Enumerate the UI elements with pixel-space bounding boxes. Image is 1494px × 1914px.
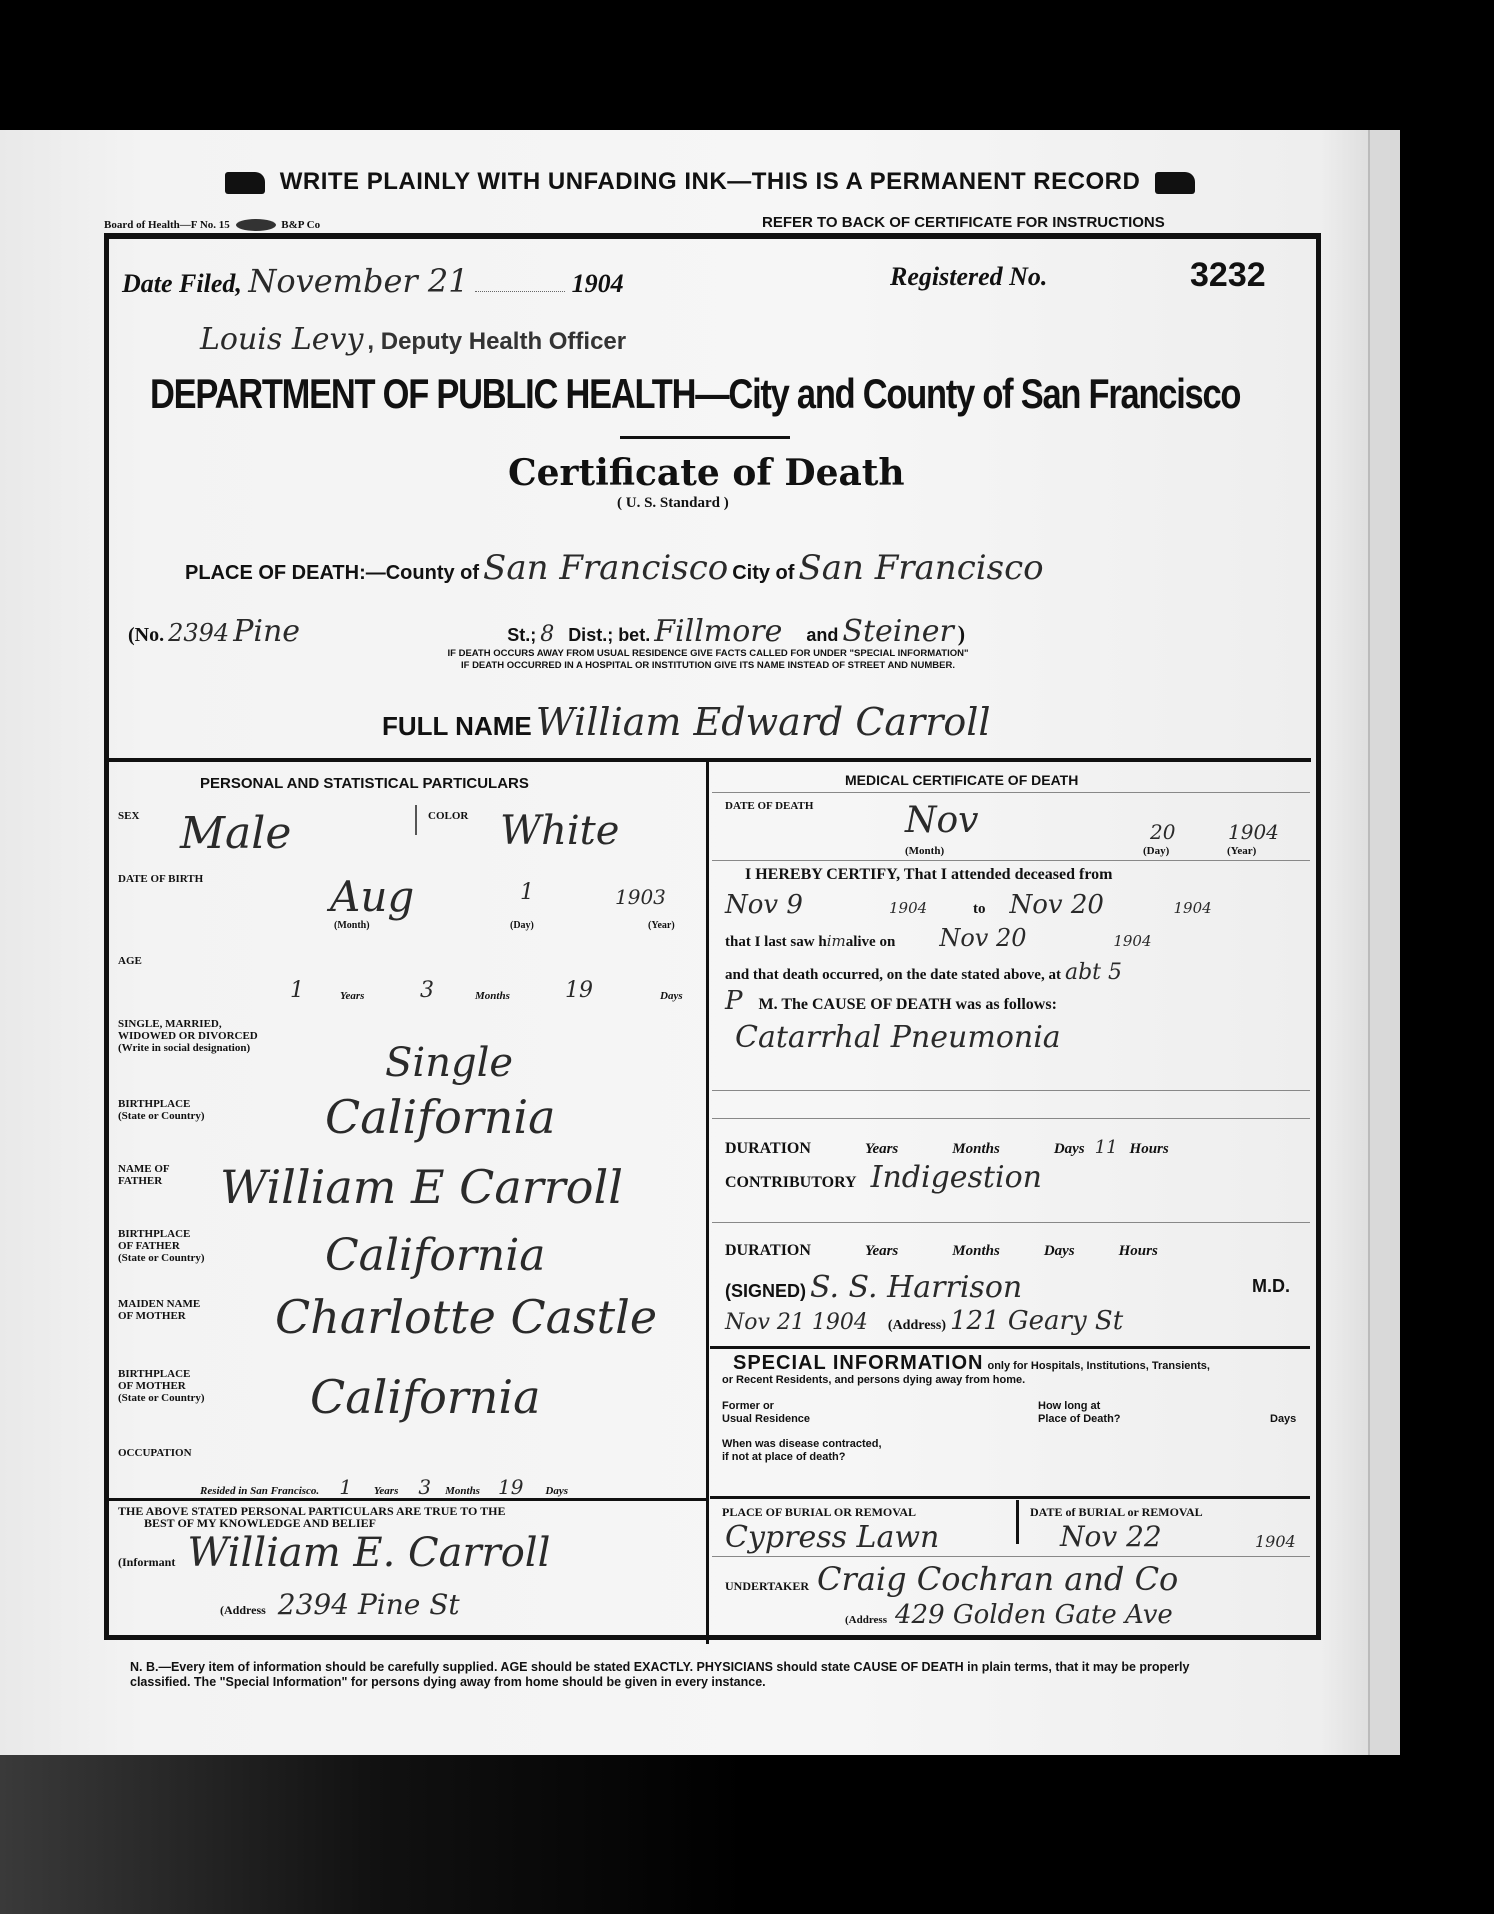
duration-label: DURATION (725, 1242, 811, 1259)
dob-day: 1 (520, 880, 534, 905)
birthplace-label: BIRTHPLACE (State or Country) (118, 1098, 205, 1122)
dod-year: 1904 (1228, 820, 1279, 844)
dob-month: Aug (330, 872, 414, 921)
mother-label-line: MAIDEN NAME (118, 1298, 200, 1310)
age-months: 3 (420, 978, 434, 1003)
between-street-1: Fillmore (654, 614, 782, 649)
months-caption: Months (952, 1141, 1000, 1157)
contributory-value: Indigestion (871, 1160, 1042, 1195)
registered-number: 3232 (1190, 256, 1266, 295)
form-number-text: Board of Health—F No. 15 (104, 219, 230, 231)
special-line-2: or Recent Residents, and persons dying a… (722, 1374, 1025, 1386)
divider (712, 1118, 1310, 1119)
years-caption: Years (865, 1141, 898, 1157)
informant-address-row: (Address 2394 Pine St (220, 1588, 460, 1621)
signed-date: Nov 21 1904 (725, 1310, 868, 1335)
last-saw-row: that I last saw himalive on Nov 20 1904 (725, 924, 1152, 952)
place-note-line-2: IF DEATH OCCURRED IN A HOSPITAL OR INSTI… (268, 660, 1148, 672)
undertaker-address: 429 Golden Gate Ave (895, 1600, 1173, 1630)
last-saw-him: im (827, 932, 846, 950)
time-row: and that death occurred, on the date sta… (725, 960, 1122, 985)
how-long-label: How long at Place of Death? (1038, 1400, 1121, 1426)
divider (620, 436, 790, 439)
alive-on-label: alive on (846, 934, 896, 950)
divider (712, 792, 1310, 793)
and-label: and (806, 625, 838, 645)
father-birthplace-label-line: (State or Country) (118, 1252, 205, 1264)
burial-place-label: PLACE OF BURIAL OR REMOVAL (722, 1505, 916, 1520)
color-label: COLOR (428, 810, 468, 822)
month-caption: (Month) (334, 920, 370, 931)
cause-value: Catarrhal Pneumonia (735, 1020, 1061, 1055)
banner-text: WRITE PLAINLY WITH UNFADING INK—THIS IS … (280, 168, 1141, 195)
place-note: IF DEATH OCCURS AWAY FROM USUAL RESIDENC… (268, 648, 1148, 672)
father-label-line: NAME OF (118, 1163, 170, 1175)
birthplace-label-line: (State or Country) (118, 1110, 205, 1122)
marital-value: Single (385, 1040, 513, 1086)
father-birthplace-label-line: OF FATHER (118, 1240, 205, 1252)
resided-months: 3 (418, 1475, 431, 1499)
resided-years: 1 (339, 1475, 352, 1499)
marital-label-line: (Write in social designation) (118, 1042, 258, 1054)
full-name-label: FULL NAME (382, 711, 532, 741)
close-paren: ) (958, 621, 965, 646)
divider (415, 805, 417, 835)
mother-value: Charlotte Castle (275, 1290, 657, 1344)
color-value: White (500, 808, 619, 854)
informant-label: (Informant (118, 1555, 175, 1569)
between-street-2: Steiner (842, 614, 953, 649)
special-days-label: Days (1270, 1413, 1296, 1425)
mother-birthplace-label-line: (State or Country) (118, 1392, 205, 1404)
divider (1016, 1500, 1019, 1544)
month-caption: (Month) (905, 845, 944, 857)
dod-label: DATE OF DEATH (725, 800, 813, 812)
street-name: Pine (233, 614, 503, 649)
full-name-row: FULL NAME William Edward Carroll (382, 700, 991, 744)
burial-year: 1904 (1255, 1532, 1296, 1551)
attended-from: Nov 9 (725, 890, 885, 920)
last-saw-label: that I last saw h (725, 934, 827, 950)
how-long-label-line: How long at (1038, 1400, 1121, 1413)
birthplace-value: California (325, 1090, 556, 1144)
nb-footnote: N. B.—Every item of information should b… (130, 1660, 1210, 1690)
street-number: 2394 (168, 619, 229, 647)
days-caption: Days (660, 990, 683, 1002)
signed-date-row: Nov 21 1904 (Address) 121 Geary St (725, 1306, 1123, 1336)
age-years: 1 (290, 978, 304, 1003)
divider (710, 1346, 1310, 1349)
scan-background (0, 1755, 1494, 1914)
place-of-death-row: PLACE OF DEATH:—County of San Francisco … (185, 548, 1044, 588)
days-caption: Days (1054, 1141, 1085, 1157)
months-caption: Months (952, 1243, 1000, 1259)
day-caption: (Day) (1143, 845, 1169, 857)
pointing-hand-icon (1155, 172, 1195, 194)
divider (712, 860, 1310, 861)
paper-edge (1368, 130, 1400, 1755)
divider (712, 1090, 1310, 1091)
cause-row: P M. The CAUSE OF DEATH was as follows: (725, 986, 1057, 1016)
department-title: DEPARTMENT OF PUBLIC HEALTH—City and Cou… (150, 370, 1240, 418)
officer-title: , Deputy Health Officer (367, 328, 626, 355)
banner: WRITE PLAINLY WITH UNFADING INK—THIS IS … (160, 168, 1260, 196)
date-filed-row: Date Filed, November 21 1904 (122, 262, 624, 300)
former-label-line: Usual Residence (722, 1413, 810, 1426)
mother-birthplace-value: California (310, 1370, 541, 1424)
age-days: 19 (565, 978, 593, 1003)
informant-row: (Informant William E. Carroll (118, 1530, 550, 1576)
mother-birthplace-label-line: OF MOTHER (118, 1380, 205, 1392)
undertaker-value: Craig Cochran and Co (817, 1560, 1178, 1598)
marital-label: SINGLE, MARRIED, WIDOWED OR DIVORCED (Wr… (118, 1018, 258, 1054)
undertaker-address-label: (Address (845, 1614, 887, 1626)
occupation-label: OCCUPATION (118, 1447, 192, 1459)
special-title-rest: only for Hospitals, Institutions, Transi… (987, 1360, 1209, 1372)
sex-label: SEX (118, 810, 139, 822)
attended-to: Nov 20 (1010, 890, 1170, 920)
city-label: City of (732, 562, 794, 584)
ampm-value: P (725, 986, 743, 1016)
undertaker-address-row: (Address 429 Golden Gate Ave (845, 1600, 1173, 1630)
burial-date-label: DATE of BURIAL or REMOVAL (1030, 1505, 1203, 1520)
days-caption: Days (1044, 1243, 1075, 1259)
year-caption: (Year) (1227, 845, 1256, 857)
mother-label: MAIDEN NAME OF MOTHER (118, 1298, 200, 1322)
full-name-value: William Edward Carroll (536, 700, 991, 744)
place-of-death-label: PLACE OF DEATH:—County of (185, 562, 479, 584)
days-caption: Days (545, 1485, 568, 1497)
address-row: (No. 2394 Pine St.; 8 Dist.; bet. Fillmo… (128, 614, 965, 649)
months-caption: Months (445, 1485, 480, 1497)
contracted-label: When was disease contracted, if not at p… (722, 1438, 882, 1464)
father-birthplace-label: BIRTHPLACE OF FATHER (State or Country) (118, 1228, 205, 1264)
contracted-label-line: if not at place of death? (722, 1451, 882, 1464)
attended-row: Nov 9 1904 to Nov 20 1904 (725, 890, 1212, 920)
divider (712, 1222, 1310, 1223)
day-caption: (Day) (510, 920, 534, 931)
duration-row: DURATION Years Months Days 11 Hours (725, 1137, 1169, 1158)
attestation-line: BEST OF MY KNOWLEDGE AND BELIEF (118, 1517, 505, 1529)
column-divider (706, 762, 709, 1644)
duration-label: DURATION (725, 1140, 811, 1157)
father-birthplace-value: California (325, 1230, 546, 1281)
marital-label-line: SINGLE, MARRIED, (118, 1018, 258, 1030)
occurred-label: and that death occurred, on the date sta… (725, 967, 1061, 983)
hours-caption: Hours (1119, 1243, 1158, 1259)
mother-birthplace-label: BIRTHPLACE OF MOTHER (State or Country) (118, 1368, 205, 1404)
date-filed-value: November 21 (248, 262, 468, 300)
officer-signature: Louis Levy (200, 322, 363, 357)
former-label-line: Former or (722, 1400, 810, 1413)
informant-address-label: (Address (220, 1603, 266, 1617)
dob-label: DATE OF BIRTH (118, 873, 203, 885)
attestation: THE ABOVE STATED PERSONAL PARTICULARS AR… (118, 1505, 505, 1529)
pointing-hand-icon (225, 172, 265, 194)
attended-from-year: 1904 (889, 899, 969, 917)
date-filed-label: Date Filed, (122, 269, 242, 298)
date-filed-year: 1904 (572, 269, 624, 298)
md-label: M.D. (1252, 1276, 1290, 1297)
how-long-label-line: Place of Death? (1038, 1413, 1121, 1426)
age-label: AGE (118, 955, 142, 967)
father-label: NAME OF FATHER (118, 1163, 170, 1187)
to-label: to (973, 901, 986, 917)
months-caption: Months (475, 990, 510, 1002)
birthplace-label-line: BIRTHPLACE (118, 1098, 205, 1110)
divider (712, 1556, 1310, 1557)
father-birthplace-label-line: BIRTHPLACE (118, 1228, 205, 1240)
undertaker-label: UNDERTAKER (725, 1579, 809, 1593)
father-label-line: FATHER (118, 1175, 170, 1187)
resided-row: Resided in San Francisco. 1 Years 3 Mont… (200, 1475, 568, 1499)
no-label: (No. (128, 624, 164, 646)
union-label-icon (236, 219, 276, 231)
time-value: abt 5 (1065, 960, 1122, 985)
county-value: San Francisco (483, 548, 728, 588)
certificate-title: Certificate of Death (508, 452, 905, 494)
hours-caption: Hours (1130, 1141, 1169, 1157)
certificate-subtitle: ( U. S. Standard ) (617, 495, 729, 512)
signed-row: (SIGNED) S. S. Harrison M.D. (725, 1270, 1290, 1305)
duration-days: 11 (1095, 1137, 1118, 1158)
dob-year: 1903 (615, 885, 666, 909)
father-value: William E Carroll (220, 1160, 623, 1214)
burial-place: Cypress Lawn (725, 1520, 939, 1555)
doctor-address: 121 Geary St (950, 1306, 1123, 1336)
last-saw-year: 1904 (1113, 932, 1151, 950)
officer-row: Louis Levy , Deputy Health Officer (200, 322, 626, 357)
mother-label-line: OF MOTHER (118, 1310, 200, 1322)
place-note-line-1: IF DEATH OCCURS AWAY FROM USUAL RESIDENC… (268, 648, 1148, 660)
last-saw-date: Nov 20 (939, 924, 1109, 952)
certify-text: I HEREBY CERTIFY, That I attended deceas… (745, 866, 1112, 884)
dod-day: 20 (1150, 820, 1175, 844)
section-divider (108, 758, 1311, 762)
cause-label: M. The CAUSE OF DEATH was as follows: (759, 996, 1057, 1013)
st-label: St.; (507, 625, 536, 645)
printer-text: B&P Co (281, 219, 320, 231)
dod-month: Nov (905, 800, 979, 841)
resided-days: 19 (498, 1475, 523, 1499)
duration-row-2: DURATION Years Months Days Hours (725, 1242, 1158, 1260)
years-caption: Years (374, 1485, 398, 1497)
former-residence-label: Former or Usual Residence (722, 1400, 810, 1426)
resided-label: Resided in San Francisco. (200, 1485, 319, 1497)
medical-section-title: MEDICAL CERTIFICATE OF DEATH (845, 772, 1078, 788)
personal-section-title: PERSONAL AND STATISTICAL PARTICULARS (200, 775, 529, 792)
refer-note: REFER TO BACK OF CERTIFICATE FOR INSTRUC… (762, 214, 1165, 231)
city-value: San Francisco (798, 548, 1043, 588)
district-value: 8 (540, 622, 554, 647)
divider (710, 1496, 1310, 1499)
years-caption: Years (865, 1243, 898, 1259)
form-number: Board of Health—F No. 15 B&P Co (104, 219, 320, 231)
burial-date: Nov 22 (1060, 1520, 1162, 1553)
special-title: SPECIAL INFORMATION (733, 1352, 983, 1374)
years-caption: Years (340, 990, 364, 1002)
undertaker-row: UNDERTAKER Craig Cochran and Co (725, 1560, 1178, 1598)
signed-value: S. S. Harrison (810, 1270, 1022, 1305)
dist-label: Dist.; bet. (568, 625, 650, 645)
doctor-address-label: (Address) (888, 1318, 946, 1333)
attended-to-year: 1904 (1174, 899, 1212, 917)
informant-value: William E. Carroll (187, 1530, 550, 1576)
registered-label: Registered No. (890, 262, 1047, 291)
contracted-label-line: When was disease contracted, (722, 1438, 882, 1451)
divider (108, 1498, 706, 1501)
marital-label-line: WIDOWED OR DIVORCED (118, 1030, 258, 1042)
contributory-row: CONTRIBUTORY Indigestion (725, 1160, 1042, 1195)
special-info-header: SPECIAL INFORMATION only for Hospitals, … (733, 1352, 1210, 1375)
mother-birthplace-label-line: BIRTHPLACE (118, 1368, 205, 1380)
sex-value: Male (180, 808, 291, 859)
contributory-label: CONTRIBUTORY (725, 1174, 857, 1191)
informant-address-value: 2394 Pine St (278, 1588, 460, 1621)
registered-row: Registered No. (890, 262, 1047, 292)
year-caption: (Year) (648, 920, 675, 931)
signed-label: (SIGNED) (725, 1281, 806, 1301)
